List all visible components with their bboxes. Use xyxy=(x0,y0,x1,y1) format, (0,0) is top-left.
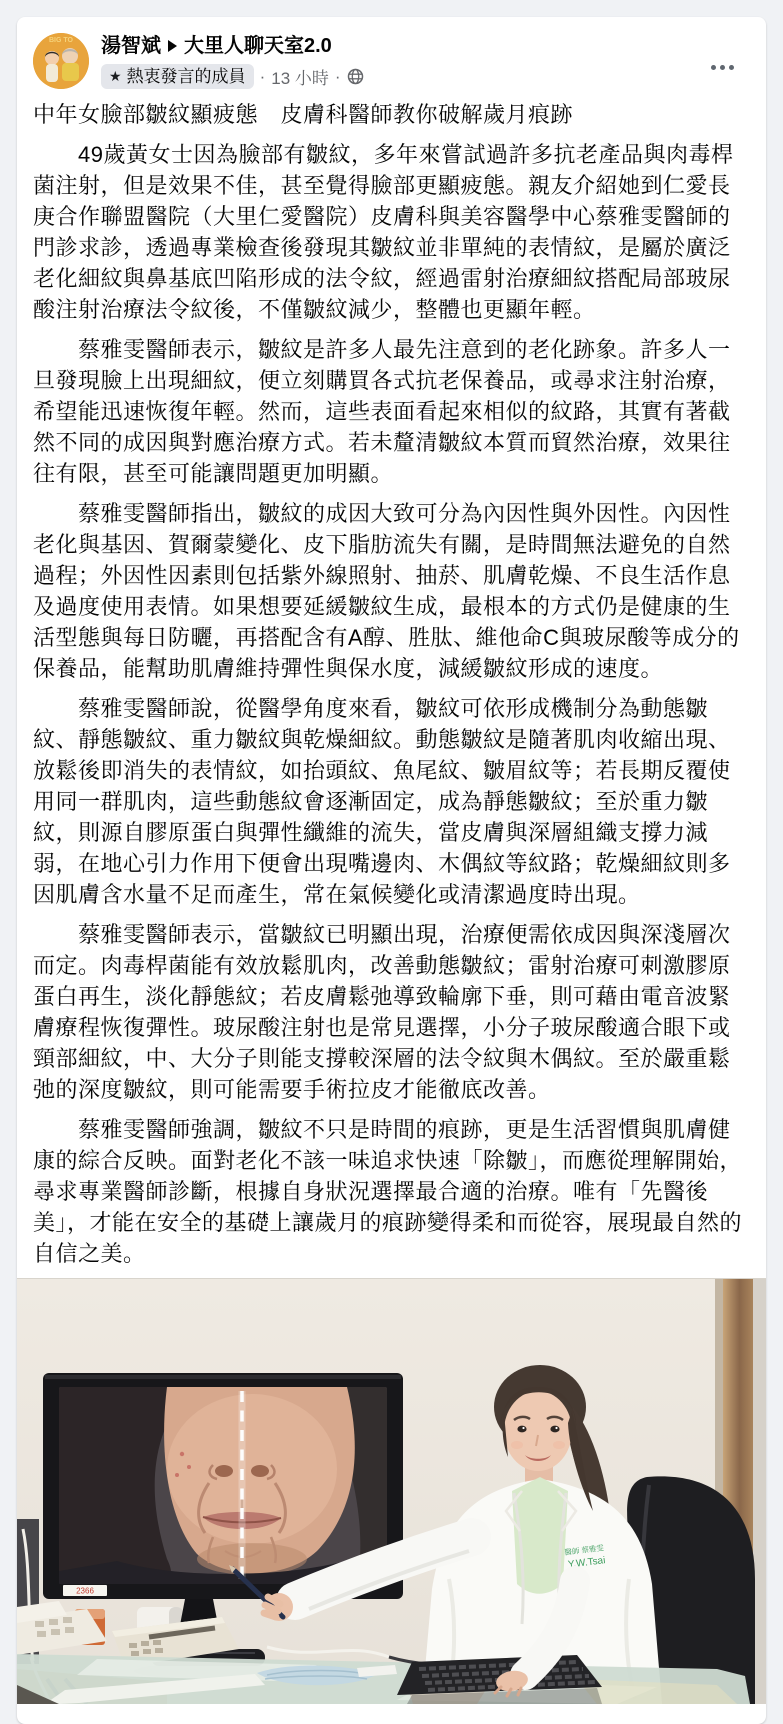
post-options-button[interactable] xyxy=(703,57,742,78)
member-badge: ★ 熱衷發言的成員 xyxy=(101,64,254,89)
post-paragraph: 蔡雅雯醫師強調，皺紋不只是時間的痕跡，更是生活習慣與肌膚健康的綜合反映。面對老化… xyxy=(33,1114,750,1269)
name-row: 湯智斌 大里人聊天室2.0 xyxy=(101,33,364,59)
header-meta: 湯智斌 大里人聊天室2.0 ★ 熱衷發言的成員 · 13 小時 · xyxy=(101,33,364,89)
group-name[interactable]: 大里人聊天室2.0 xyxy=(184,33,332,59)
post-header: BIG TO 湯智斌 大里人聊天室2.0 xyxy=(17,17,766,95)
globe-icon xyxy=(347,68,364,85)
post-title: 中年女臉部皺紋顯疲態 皮膚科醫師教你破解歲月痕跡 xyxy=(33,99,750,130)
avatar[interactable]: BIG TO xyxy=(33,33,89,89)
post-photo[interactable]: 2366 xyxy=(17,1278,766,1704)
post-paragraph: 蔡雅雯醫師表示，當皺紋已明顯出現，治療便需依成因與深淺層次而定。肉毒桿菌能有效放… xyxy=(33,919,750,1105)
post-text: 中年女臉部皺紋顯疲態 皮膚科醫師教你破解歲月痕跡 49歲黃女士因為臉部有皺紋，多… xyxy=(17,99,766,1269)
post-card: BIG TO 湯智斌 大里人聊天室2.0 xyxy=(17,17,766,1710)
monitor-sticker-text: 2366 xyxy=(76,1587,94,1596)
clinic-photo-illustration: 2366 xyxy=(17,1279,766,1704)
badge-label: 熱衷發言的成員 xyxy=(127,66,246,87)
avatar-illustration: BIG TO xyxy=(33,33,89,89)
meta-row: ★ 熱衷發言的成員 · 13 小時 · xyxy=(101,64,364,89)
post-paragraph: 蔡雅雯醫師表示，皺紋是許多人最先注意到的老化跡象。許多人一旦發現臉上出現細紋，便… xyxy=(33,334,750,489)
author-name[interactable]: 湯智斌 xyxy=(101,33,161,59)
separator-dot: · xyxy=(260,67,266,87)
timestamp[interactable]: 13 小時 xyxy=(271,64,329,89)
star-icon: ★ xyxy=(109,66,122,87)
monitor-screen xyxy=(59,1387,387,1584)
arrow-right-icon xyxy=(168,40,177,52)
post-paragraph: 蔡雅雯醫師說，從醫學角度來看，皺紋可依形成機制分為動態皺紋、靜態皺紋、重力皺紋與… xyxy=(33,693,750,910)
separator-dot: · xyxy=(335,67,341,87)
ellipsis-icon xyxy=(711,65,716,70)
avatar-text: BIG TO xyxy=(49,37,74,44)
post-paragraph: 蔡雅雯醫師指出，皺紋的成因大致可分為內因性與外因性。內因性老化與基因、賀爾蒙變化… xyxy=(33,498,750,684)
post-paragraph: 49歲黃女士因為臉部有皺紋，多年來嘗試過許多抗老產品與肉毒桿菌注射，但是效果不佳… xyxy=(33,139,750,325)
